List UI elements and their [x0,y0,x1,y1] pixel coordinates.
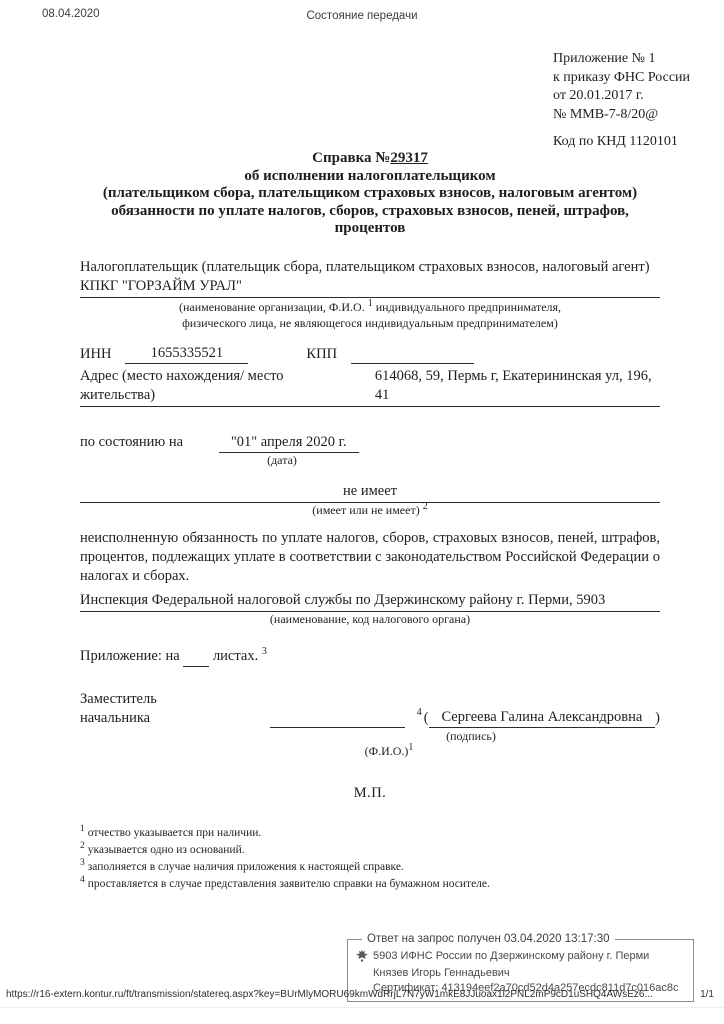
certificate-number: 29317 [390,150,428,166]
regulation-line: Приложение № 1 [553,50,690,69]
title-line-4: обязанности по уплате налогов, сборов, с… [80,203,660,221]
status-hint: (имеет или не имеет) 2 [80,503,660,519]
footnote-4-marker: 4 [80,875,85,885]
receipt-stamp-legend: Ответ на запрос получен 03.04.2020 13:17… [362,932,615,947]
signer-name: Сергеева Галина Александровна [429,708,656,728]
title-line-1: Справка №29317 [80,150,660,168]
name-hint: (Ф.И.О.)1 [264,744,514,760]
footnote-4: 4проставляется в случае представления за… [80,876,660,893]
footnote-1: 1отчество указывается при наличии. [80,825,660,842]
footnotes: 1отчество указывается при наличии. 2указ… [80,825,660,893]
scan-edge-line [0,1007,724,1008]
footnote-ref-4: 4 [417,703,422,728]
footnote-2-text: указывается одно из оснований. [88,844,245,856]
signature-blank [270,708,405,728]
kpp-value [351,344,474,364]
signature-row: Заместитель начальника 4 ( Сергеева Гали… [80,690,660,728]
as-of-label: по состоянию на [80,434,183,450]
status-hint-text: (имеет или не имеет) [312,503,419,517]
inn-label: ИНН [80,345,111,364]
taxpayer-hint-1b: индивидуального предпринимателя, [376,300,561,314]
address-row: Адрес (место нахождения/ место жительств… [80,367,660,407]
knd-code: Код по КНД 1120101 [553,133,690,152]
receipt-signer: Князев Игорь Геннадьевич [356,966,685,981]
signer-title: Заместитель начальника [80,690,218,728]
inspection-hint: (наименование, код налогового органа) [80,612,660,628]
title-prefix: Справка № [312,150,390,166]
appendix-sheets-blank [183,647,209,667]
taxpayer-hint-1: (наименование организации, Ф.И.О. 1 инди… [80,300,660,316]
inn-value: 1655335521 [125,344,248,364]
footnote-ref-2: 2 [423,501,428,512]
regulation-reference: Приложение № 1 к приказу ФНС России от 2… [553,50,690,152]
title-line-2: об исполнении налогоплательщиком [80,168,660,186]
document-title: Справка №29317 об исполнении налогоплате… [80,150,660,238]
stamp-place: М.П. [80,784,660,803]
taxpayer-hint-2: физического лица, не являющегося индивид… [80,316,660,332]
regulation-line: к приказу ФНС России [553,69,690,88]
regulation-line: № ММВ-7-8/20@ [553,106,690,125]
print-page-title: Состояние передачи [0,10,724,22]
address-value: 614068, 59, Пермь г, Екатерининская ул, … [375,367,660,405]
status-value: не имеет [80,482,660,503]
appendix-prefix: Приложение: на [80,648,180,664]
as-of-row: по состоянию на "01" апреля 2020 г. [80,433,660,453]
appendix-row: Приложение: на листах. 3 [80,647,660,667]
kpp-label: КПП [306,345,337,364]
footnote-1-marker: 1 [80,824,85,834]
address-label: Адрес (место нахождения/ место жительств… [80,367,353,405]
footnote-3: 3заполняется в случае наличия приложения… [80,859,660,876]
inn-kpp-row: ИНН 1655335521 КПП [80,344,660,364]
paren-close: ) [655,709,660,728]
name-hint-text: (Ф.И.О.) [365,744,409,758]
footnote-4-text: проставляется в случае представления зая… [88,878,490,890]
footnote-1-text: отчество указывается при наличии. [88,827,262,839]
print-header: 08.04.2020 Состояние передачи [0,8,724,24]
document-body: Налогоплательщик (плательщик сбора, плат… [80,258,660,893]
regulation-line: от 20.01.2017 г. [553,87,690,106]
coat-of-arms-icon [356,950,369,967]
footnote-ref-1: 1 [368,298,373,309]
receipt-inspection: 5903 ИФНС России по Дзержинскому району … [373,949,649,964]
title-line-3: (плательщиком сбора, плательщиком страхо… [80,185,660,203]
footnote-3-marker: 3 [80,858,85,868]
footnote-ref-1b: 1 [408,742,413,753]
sign-hint: (подпись) [397,729,545,745]
receipt-inspection-row: 5903 ИФНС России по Дзержинскому району … [356,949,685,967]
footnote-ref-3: 3 [262,646,267,657]
page-number: 1/1 [700,989,714,1000]
signature-hints: (подпись) (Ф.И.О.)1 [80,729,660,760]
date-hint: (дата) [212,453,352,469]
title-line-5: процентов [80,220,660,238]
taxpayer-name: КПКГ "ГОРЗАЙМ УРАЛ" [80,277,660,298]
source-url: https://r16-extern.kontur.ru/ft/transmis… [6,989,666,1000]
footnote-3-text: заполняется в случае наличия приложения … [88,861,404,873]
inspection-name: Инспекция Федеральной налоговой службы п… [80,591,660,612]
footnote-2: 2указывается одно из оснований. [80,842,660,859]
taxpayer-hint-1a: (наименование организации, Ф.И.О. [179,300,365,314]
appendix-suffix: листах. [213,648,258,664]
as-of-date: "01" апреля 2020 г. [219,433,359,453]
obligation-paragraph: неисполненную обязанность по уплате нало… [80,529,660,586]
taxpayer-label: Налогоплательщик (плательщик сбора, плат… [80,258,660,277]
footnote-2-marker: 2 [80,841,85,851]
